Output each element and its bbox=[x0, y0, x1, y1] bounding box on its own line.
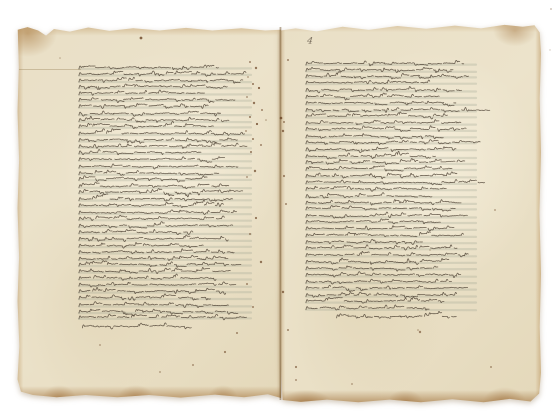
manuscript-photo: 4 bbox=[0, 0, 555, 419]
manuscript-left-page bbox=[17, 26, 281, 398]
handwriting-text-right bbox=[280, 23, 541, 403]
left-page-paper bbox=[17, 26, 281, 398]
handwriting-text-left bbox=[17, 26, 281, 398]
gutter-seam bbox=[279, 27, 282, 400]
right-page-paper: 4 bbox=[280, 23, 541, 403]
fold-crease bbox=[19, 69, 81, 70]
manuscript-right-page: 4 bbox=[280, 23, 541, 403]
